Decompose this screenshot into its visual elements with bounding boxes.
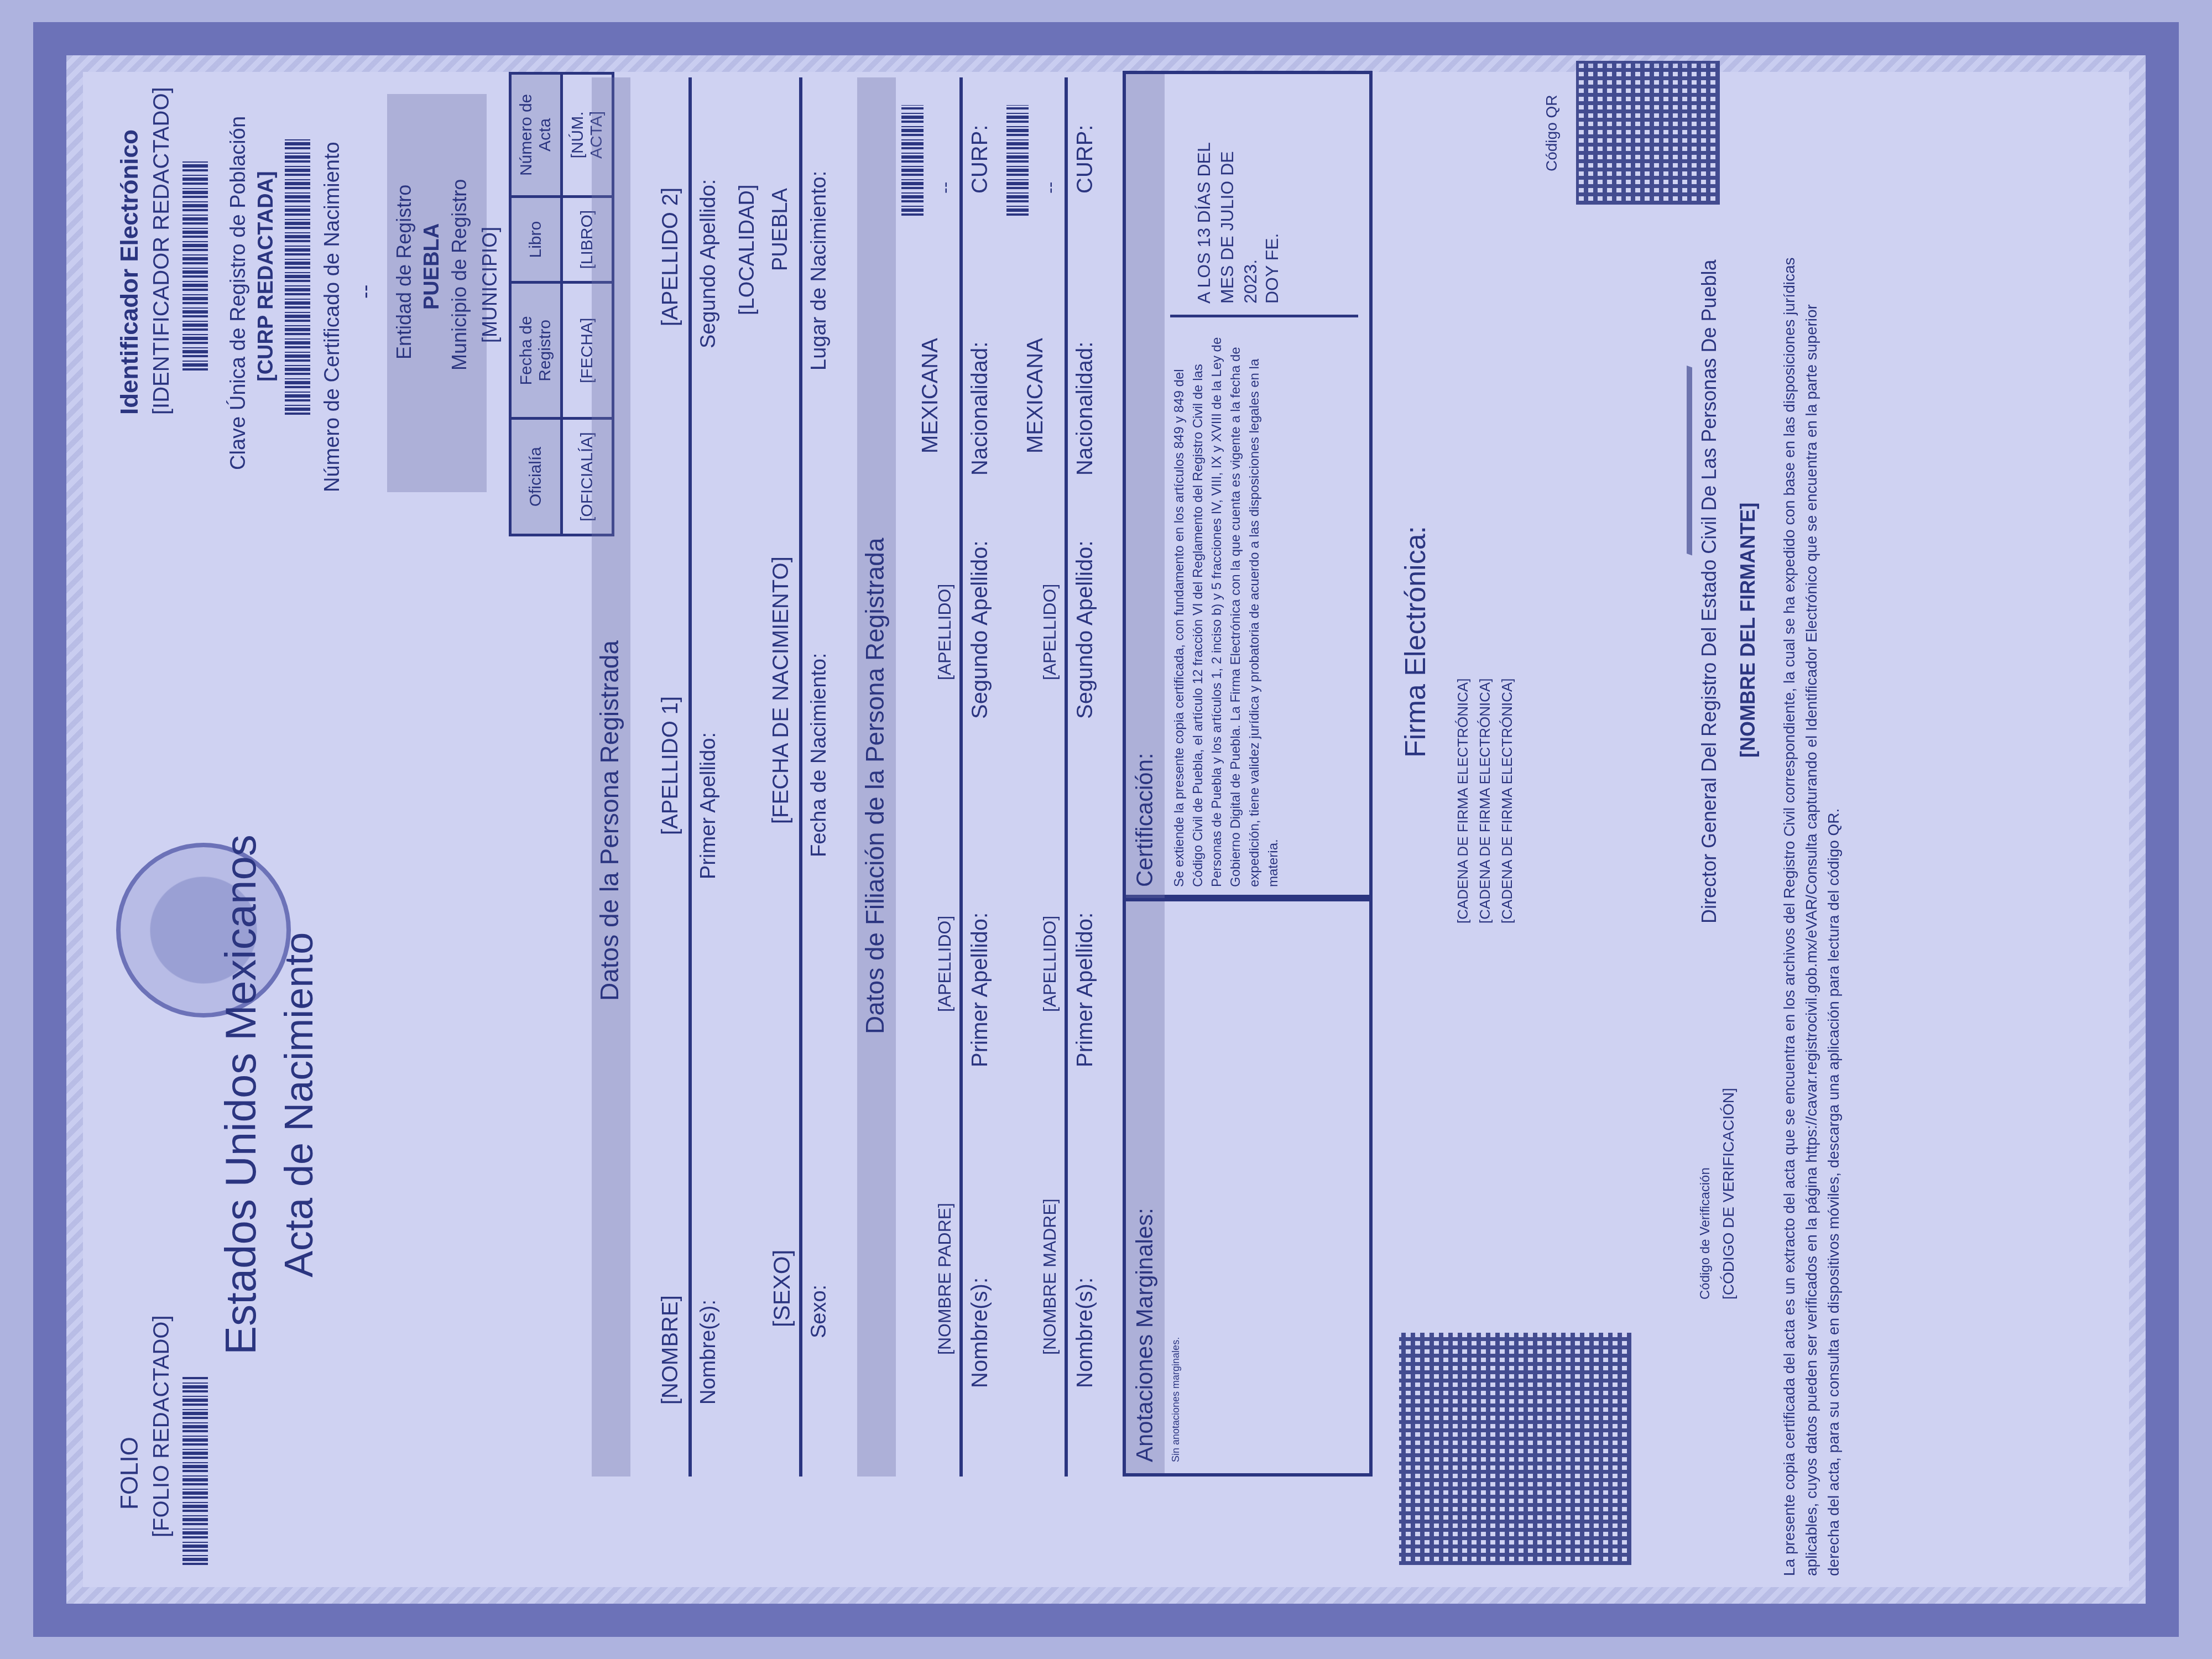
handwritten-signature-icon — [1587, 329, 1692, 555]
entidad-label: Entidad de Registro — [393, 185, 416, 359]
madre-nombre-label: Nombre(s): — [1073, 1277, 1098, 1388]
table-header: Fecha de Registro — [510, 283, 562, 419]
persona-sexo-label: Sexo: — [807, 1285, 831, 1338]
curp-label: Clave Única de Registro de Población — [227, 116, 251, 470]
qr-code-large[interactable] — [1399, 1333, 1631, 1565]
padre-curp-value: -- — [935, 182, 955, 194]
qr-code-small[interactable] — [1576, 61, 1720, 205]
persona-lugar-value-2: PUEBLA — [769, 188, 792, 271]
firma-hash-2: [CADENA DE FIRMA ELECTRÓNICA] — [1477, 678, 1494, 924]
folio-barcode — [182, 1377, 208, 1565]
persona-lugar-value-1: [LOCALIDAD] — [735, 184, 759, 315]
certificado-value: -- — [354, 285, 378, 299]
identificador-label: Identificador Electrónico — [116, 129, 144, 415]
footer-line-3: derecha del acta, para su consulta en di… — [1825, 808, 1843, 1576]
madre-apellido2-label: Segundo Apellido: — [1073, 541, 1098, 719]
persona-apellido2-label: Segundo Apellido: — [697, 179, 721, 348]
madre-nacionalidad-value: MEXICANA — [1023, 338, 1048, 453]
anotaciones-label: Anotaciones Marginales: — [1131, 1208, 1158, 1462]
padre-apellido2-label: Segundo Apellido: — [968, 541, 993, 719]
madre-curp-value: -- — [1040, 182, 1060, 194]
persona-nombre-value: [NOMBRE] — [658, 1295, 683, 1405]
persona-apellido1-label: Primer Apellido: — [697, 732, 721, 879]
municipio-value: [MUNICIPIO] — [478, 227, 502, 343]
table-header: Libro — [510, 196, 562, 283]
table-header: Oficialía — [510, 419, 562, 535]
municipio-label: Municipio de Registro — [448, 179, 471, 371]
persona-apellido1-value: [APELLIDO 1] — [658, 696, 683, 835]
verificacion-value: [CÓDIGO DE VERIFICACIÓN] — [1720, 1088, 1738, 1300]
persona-sexo-value: [SEXO] — [769, 1250, 795, 1327]
certificacion-text: Se extiende la presente copia certificad… — [1170, 334, 1283, 887]
certificacion-fecha: A LOS 13 DÍAS DEL MES DE JULIO DE 2023. — [1192, 107, 1262, 304]
entidad-value: PUEBLA — [420, 223, 444, 310]
madre-nacionalidad-label: Nacionalidad: — [1073, 342, 1098, 476]
padre-nombre-label: Nombre(s): — [968, 1277, 993, 1388]
persona-section-title: Datos de la Persona Registrada — [594, 640, 624, 1001]
anotaciones-box: Anotaciones Marginales: Sin anotaciones … — [1123, 895, 1373, 1477]
firma-hash-3: [CADENA DE FIRMA ELECTRÓNICA] — [1499, 678, 1516, 924]
country-title: Estados Unidos Mexicanos — [216, 834, 266, 1355]
persona-fecha-value: [FECHA DE NACIMIENTO] — [769, 556, 794, 824]
footer-line-1: La presente copia certificada del acta e… — [1781, 257, 1798, 1576]
certificacion-box: Certificación: Se extiende la presente c… — [1123, 71, 1373, 901]
padre-nacionalidad-label: Nacionalidad: — [968, 342, 993, 476]
identificador-barcode — [182, 160, 208, 371]
madre-curp-label: CURP: — [1073, 125, 1098, 194]
footer-line-2: aplicables, cuyos datos pueden ser verif… — [1803, 304, 1820, 1576]
madre-apellido2-value: [APELLIDO] — [1040, 584, 1060, 680]
folio-value: [FOLIO REDACTADO] — [149, 1315, 174, 1537]
persona-apellido2-value: [APELLIDO 2] — [658, 187, 683, 326]
madre-curp-barcode — [1006, 105, 1029, 216]
folio-label: FOLIO — [116, 1437, 144, 1510]
madre-apellido1-value: [APELLIDO] — [1040, 916, 1060, 1012]
firma-hash-1: [CADENA DE FIRMA ELECTRÓNICA] — [1454, 678, 1472, 924]
madre-nombre-value: [NOMBRE MADRE] — [1040, 1198, 1060, 1355]
firma-nombre: [NOMBRE DEL FIRMANTE] — [1736, 503, 1760, 758]
padre-apellido2-value: [APELLIDO] — [935, 584, 955, 680]
curp-barcode — [285, 138, 310, 415]
persona-lugar-label: Lugar de Nacimiento: — [807, 171, 831, 371]
padre-nacionalidad-value: MEXICANA — [918, 338, 943, 453]
document-title: Acta de Nacimiento — [276, 932, 322, 1277]
padre-curp-label: CURP: — [968, 125, 993, 194]
anotaciones-value: Sin anotaciones marginales. — [1170, 1337, 1182, 1462]
persona-fecha-label: Fecha de Nacimiento: — [807, 653, 831, 857]
certificacion-doy-fe: DOY FE. — [1262, 107, 1282, 304]
firma-cargo: Director General Del Registro Del Estado… — [1698, 259, 1721, 924]
identificador-value: [IDENTIFICADOR REDACTADO] — [149, 87, 174, 415]
padre-curp-barcode — [901, 105, 924, 216]
padre-apellido1-label: Primer Apellido: — [968, 912, 993, 1067]
table-header: Número de Acta — [510, 74, 562, 197]
filiacion-section-title: Datos de Filiación de la Persona Registr… — [860, 538, 890, 1035]
qr-label: Código QR — [1543, 95, 1561, 171]
persona-nombre-label: Nombre(s): — [697, 1300, 721, 1405]
birth-certificate: FOLIO [FOLIO REDACTADO] Identificador El… — [33, 22, 2179, 1637]
curp-value: [CURP REDACTADA] — [254, 171, 278, 382]
verificacion-label: Código de Verificación — [1698, 1167, 1713, 1300]
firma-label: Firma Electrónica: — [1399, 526, 1432, 758]
madre-apellido1-label: Primer Apellido: — [1073, 912, 1098, 1067]
padre-nombre-value: [NOMBRE PADRE] — [935, 1203, 955, 1355]
certificacion-label: Certificación: — [1131, 753, 1158, 887]
padre-apellido1-value: [APELLIDO] — [935, 916, 955, 1012]
certificado-label: Número de Certificado de Nacimiento — [321, 142, 345, 492]
document-body: FOLIO [FOLIO REDACTADO] Identificador El… — [83, 72, 2129, 1587]
